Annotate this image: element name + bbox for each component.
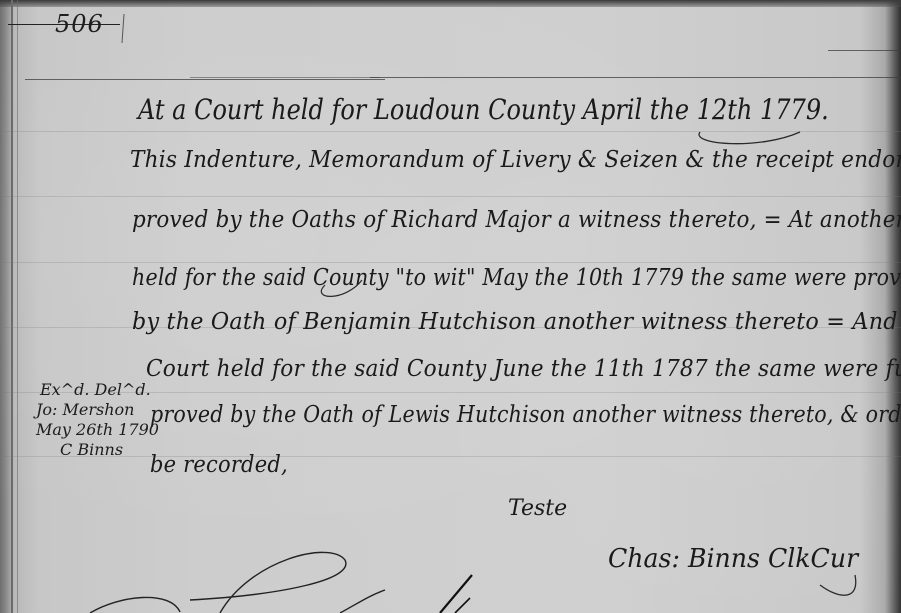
manuscript-page: 506 At a Court held for Loudoun County A… <box>0 0 901 613</box>
pen-flourishes <box>0 0 901 613</box>
